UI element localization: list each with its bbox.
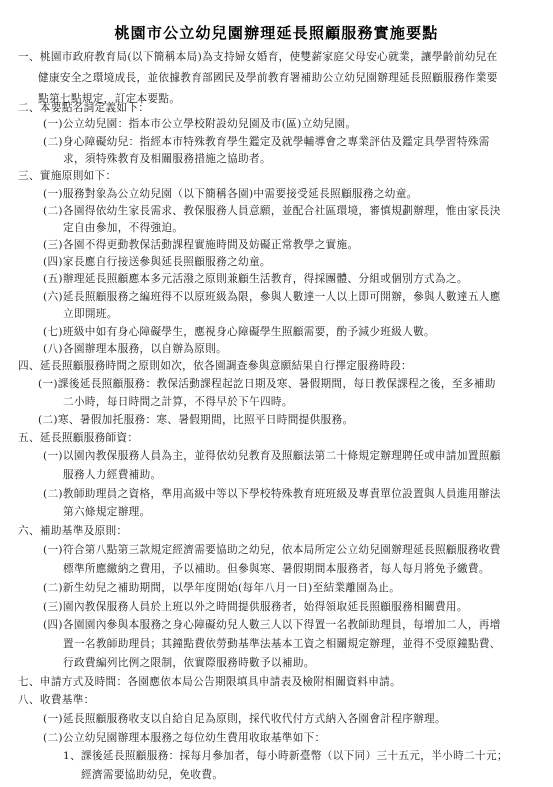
text-line: (三)園內教保服務人員於上班以外之時間提供服務者，始得領取延長照顧服務相關費用。 xyxy=(43,600,468,614)
text-line: (二)身心障礙幼兒：指經本市特殊教育學生鑑定及就學輔導會之專業評估及鑑定具學習特… xyxy=(43,135,490,149)
text-line: (一)公立幼兒園：指本市公立學校附設幼兒園及市(區)立幼兒園。 xyxy=(43,117,356,131)
text-line: 置一名教師助理員；其鐘點費依勞動基準法基本工資之相關規定辦理，並得不受原鐘點費、 xyxy=(63,637,501,651)
text-line: 一、桃園市政府教育局(以下簡稱本局)為支持婦女婚育，使雙薪家庭父母安心就業，讓學… xyxy=(18,50,498,64)
text-line: 二、本要點名詞定義如下： xyxy=(18,101,149,115)
text-line: 求，須特殊教育及相關服務措施之協助者。 xyxy=(63,152,271,166)
text-line: 五、延長照顧服務師資： xyxy=(18,431,138,445)
text-line: 經濟需要協助幼兒，免收費。 xyxy=(81,768,223,782)
text-line: 定自由參加，不得強迫。 xyxy=(63,221,183,235)
text-line: 服務人力經費補助。 xyxy=(63,468,162,482)
text-line: (四)家長應自行接送參與延長照顧服務之幼童。 xyxy=(43,255,271,269)
text-line: 健康安全之環境成長，並依據教育部國民及學前教育署補助公立幼兒園辦理延長照顧服務作… xyxy=(38,71,498,85)
text-line: (二)各園得依幼生家長需求、教保服務人員意願，並配合社區環境，審慎規劃辦理，惟由… xyxy=(43,204,501,218)
text-line: (三)各園不得更動教保活動課程實施時間及妨礙正常教學之實施。 xyxy=(43,238,358,252)
document-title: 桃園市公立幼兒園辦理延長照顧服務實施要點 xyxy=(0,22,553,43)
text-line: 行政費編列比例之限制，依實際服務時數予以補助。 xyxy=(63,656,315,670)
text-line: (二)教師助理員之資格，準用高級中等以下學校特殊教育班班級及專責單位設置與人員進… xyxy=(43,487,501,501)
text-line: 二小時，每日時間之計算，不得早於下午四時。 xyxy=(63,395,293,409)
text-line: 立即開班。 xyxy=(63,307,118,321)
text-line: 標準所應繳納之費用，予以補助。但參與寒、暑假期間本服務者，每人每月將免予繳費。 xyxy=(63,562,490,576)
text-line: (二)寒、暑假加托服務：寒、暑假期間，比照平日時間提供服務。 xyxy=(38,413,353,427)
text-line: (二)新生幼兒之補助期間，以學年度開始(每年八月一日)至結業離園為止。 xyxy=(43,581,400,595)
document-page: 桃園市公立幼兒園辦理延長照顧服務實施要點 一、桃園市政府教育局(以下簡稱本局)為… xyxy=(0,0,553,787)
text-line: (一)以園內教保服務人員為主，並得依幼兒教育及照顧法第二十條規定辦理聘任或申請加… xyxy=(43,449,501,463)
text-line: 三、實施原則如下： xyxy=(18,169,117,183)
text-line: 七、申請方式及時間：各園應依本局公告期限填具申請表及檢附相關資料申請。 xyxy=(18,675,401,689)
text-line: (一)課後延長照顧服務：教保活動課程起訖日期及寒、暑假期間，每日教保課程之後，至… xyxy=(38,377,496,391)
text-line: 八、收費基準： xyxy=(18,693,95,707)
text-line: (四)各園園內參與本服務之身心障礙幼兒人數三人以下得置一名教師助理員，每增加二人… xyxy=(43,618,501,632)
text-line: (一)延長照顧服務收支以自給自足為原則，採代收代付方式納入各園會計程序辦理。 xyxy=(43,712,446,726)
text-line: (一)符合第八點第三款規定經濟需要協助之幼兒，依本局所定公立幼兒園辦理延長照顧服… xyxy=(43,543,501,557)
text-line: (八)各園辦理本服務，以自辦為原則。 xyxy=(43,342,227,356)
text-line: 四、延長照顧服務時間之原則如次，依各園調查參與意願結果自行擇定服務時段： xyxy=(18,359,412,373)
text-line: (五)辦理延長照顧應本多元活潑之原則兼顧生活教育，得採團體、分組或個別方式為之。 xyxy=(43,272,468,286)
text-line: 第六條規定辦理。 xyxy=(63,505,151,519)
text-line: (一)服務對象為公立幼兒園（以下簡稱各園)中需要接受延長照顧服務之幼童。 xyxy=(43,187,418,201)
text-line: 1、課後延長照顧服務：採每月參加者，每小時新臺幣（以下同）三十五元，半小時二十元… xyxy=(63,749,508,763)
text-line: (二)公立幼兒園辦理本服務之每位幼生費用收取基準如下： xyxy=(43,731,326,745)
text-line: (七)班級中如有身心障礙學生，應視身心障礙學生照顧需要，酌予減少班級人數。 xyxy=(43,325,435,339)
text-line: (六)延長照顧服務之編班得不以原班級為限，參與人數達一人以上即可開辦，參與人數達… xyxy=(43,290,501,304)
text-line: 六、補助基準及原則： xyxy=(18,524,127,538)
